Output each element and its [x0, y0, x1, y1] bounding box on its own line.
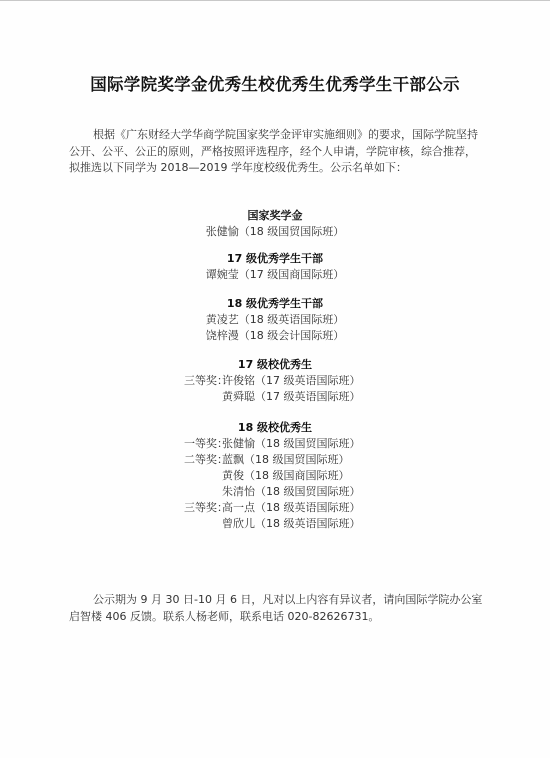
section-17-excellent-students: 17 级校优秀生 三等奖： 许俊铭（17 级英语国际班） 黄舜聪（17 级英语国… [0, 357, 550, 405]
award-recipient: 黄俊（18 级国商国际班） [222, 468, 350, 484]
award-entry: 曾欣儿（18 级英语国际班） [0, 516, 550, 532]
list-item: 黄凌艺（18 级英语国际班） [0, 312, 550, 328]
award-recipient: 朱清怡（18 级国贸国际班） [222, 484, 361, 500]
section-heading: 18 级校优秀生 [0, 420, 550, 436]
section-heading: 17 级优秀学生干部 [0, 251, 550, 267]
intro-paragraph: 根据《广东财经大学华商学院国家奖学金评审实施细则》的要求，国际学院坚持公开、公平… [69, 127, 484, 177]
award-recipient: 蓝飘（18 级国贸国际班） [222, 452, 350, 468]
list-item: 张健愉（18 级国贸国际班） [0, 224, 550, 240]
section-18-excellent-students: 18 级校优秀生 一等奖： 张健愉（18 级国贸国际班） 二等奖： 蓝飘（18 … [0, 420, 550, 532]
scan-edge [0, 0, 550, 1]
award-entry: 朱清怡（18 级国贸国际班） [0, 484, 550, 500]
section-18-student-cadre: 18 级优秀学生干部 黄凌艺（18 级英语国际班） 饶梓漫（18 级会计国际班） [0, 296, 550, 344]
award-recipient: 曾欣儿（18 级英语国际班） [222, 516, 361, 532]
award-entry: 二等奖： 蓝飘（18 级国贸国际班） [0, 452, 550, 468]
award-entry: 三等奖： 高一点（18 级英语国际班） [0, 500, 550, 516]
award-recipient: 高一点（18 级英语国际班） [222, 500, 361, 516]
award-entry: 黄俊（18 级国商国际班） [0, 468, 550, 484]
award-recipient: 黄舜聪（17 级英语国际班） [222, 389, 361, 405]
section-heading: 国家奖学金 [0, 208, 550, 224]
document-title: 国际学院奖学金优秀生校优秀生优秀学生干部公示 [0, 71, 550, 95]
section-heading: 17 级校优秀生 [0, 357, 550, 373]
section-heading: 18 级优秀学生干部 [0, 296, 550, 312]
closing-paragraph: 公示期为 9 月 30 日-10 月 6 日，凡对以上内容有异议者，请向国际学院… [69, 592, 484, 625]
list-item: 谭婉莹（17 级国商国际班） [0, 267, 550, 283]
section-17-student-cadre: 17 级优秀学生干部 谭婉莹（17 级国商国际班） [0, 251, 550, 283]
award-recipient: 许俊铭（17 级英语国际班） [222, 373, 361, 389]
award-entry: 黄舜聪（17 级英语国际班） [0, 389, 550, 405]
award-entry: 一等奖： 张健愉（18 级国贸国际班） [0, 436, 550, 452]
award-entry: 三等奖： 许俊铭（17 级英语国际班） [0, 373, 550, 389]
closing-text: 公示期为 9 月 30 日-10 月 6 日，凡对以上内容有异议者，请向国际学院… [69, 593, 482, 623]
list-item: 饶梓漫（18 级会计国际班） [0, 328, 550, 344]
intro-text: 根据《广东财经大学华商学院国家奖学金评审实施细则》的要求，国际学院坚持公开、公平… [69, 128, 478, 174]
section-national-scholarship: 国家奖学金 张健愉（18 级国贸国际班） [0, 208, 550, 240]
award-recipient: 张健愉（18 级国贸国际班） [222, 436, 361, 452]
